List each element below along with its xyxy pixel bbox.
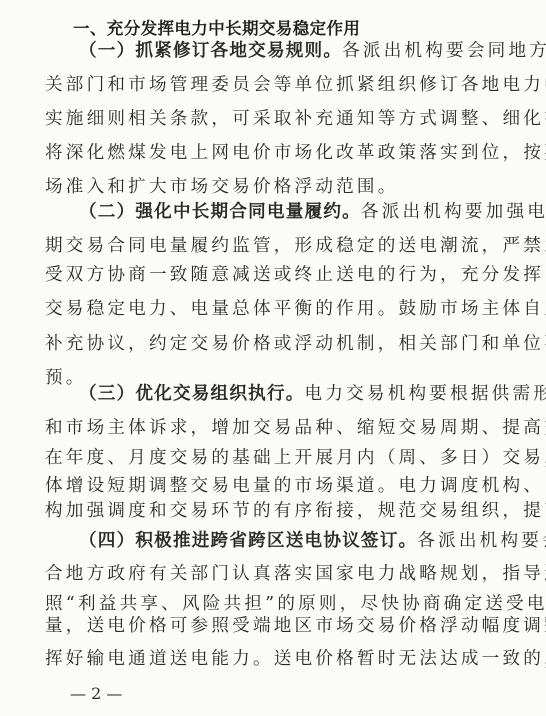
paragraph-1-line-4: 将深化燃煤发电上网电价市场化改革政策落实到位，按要求放开市 [45,142,485,164]
paragraph-2-line-5: 补充协议，约定交易价格或浮动机制，相关部门和单位不得强制干 [45,333,485,355]
paragraph-2-line-4: 交易稳定电力、电量总体平衡的作用。鼓励市场主体自主协商签订 [45,298,485,320]
paragraph-1-title: （一）抓紧修订各地交易规则。 [79,41,342,61]
paragraph-1-line-3: 实施细则相关条款，可采取补充通知等方式调整、细化有关内容， [45,108,485,130]
paragraph-3-title: （三）优化交易组织执行。 [79,384,305,404]
paragraph-2-title: （二）强化中长期合同电量履约。 [79,202,361,222]
paragraph-3-line-5: 构加强调度和交易环节的有序衔接，规范交易组织，提高交易效率。 [45,500,485,522]
paragraph-3-line-4: 体增设短期调整交易电量的市场渠道。电力调度机构、电力交易机 [45,475,485,497]
section-heading: 一、充分发挥电力中长期交易稳定作用 [73,18,360,40]
paragraph-4-line-5: 挥好输电通道送电能力。送电价格暂时无法达成一致的，可按照临 [45,648,485,670]
paragraph-1-line-5: 场准入和扩大市场交易价格浮动范围。 [45,176,485,198]
page-number: — 2 — [70,684,122,704]
paragraph-4-line-1: （四）积极推进跨省跨区送电协议签订。各派出机构要会同配 [79,530,485,552]
paragraph-1-line-2: 关部门和市场管理委员会等单位抓紧组织修订各地电力中长期交易 [45,74,485,96]
paragraph-4-line-4: 量，送电价格可参照受端地区市场交易价格浮动幅度调整，切实发 [45,615,485,637]
paragraph-2-line-3: 受双方协商一致随意减送或终止送电的行为，充分发挥电力中长期 [45,264,485,286]
paragraph-3-line-2: 和市场主体诉求，增加交易品种、缩短交易周期、提高交易频次， [45,417,485,439]
paragraph-3-line-3: 在年度、月度交易的基础上开展月内（周、多日）交易，为市场主 [45,447,485,469]
document-page: 一、充分发挥电力中长期交易稳定作用 （一）抓紧修订各地交易规则。各派出机构要会同… [0,0,546,716]
paragraph-2-line-2: 期交易合同电量履约监管，形成稳定的送电潮流，严禁发生未经送 [45,235,485,257]
paragraph-4-title: （四）积极推进跨省跨区送电协议签订。 [79,531,417,551]
paragraph-4-line-2: 合地方政府有关部门认真落实国家电力战略规划，指导送受双方按 [45,563,485,585]
paragraph-2-line-1: （二）强化中长期合同电量履约。各派出机构要加强电力中长 [79,201,485,223]
paragraph-3-line-1: （三）优化交易组织执行。电力交易机构要根据供需形势变化 [79,383,485,405]
paragraph-4-line-3: 照“利益共享、风险共担”的原则，尽快协商确定送受电电力和电 [45,593,485,615]
paragraph-1-line-1: （一）抓紧修订各地交易规则。各派出机构要会同地方政府有 [79,40,485,62]
